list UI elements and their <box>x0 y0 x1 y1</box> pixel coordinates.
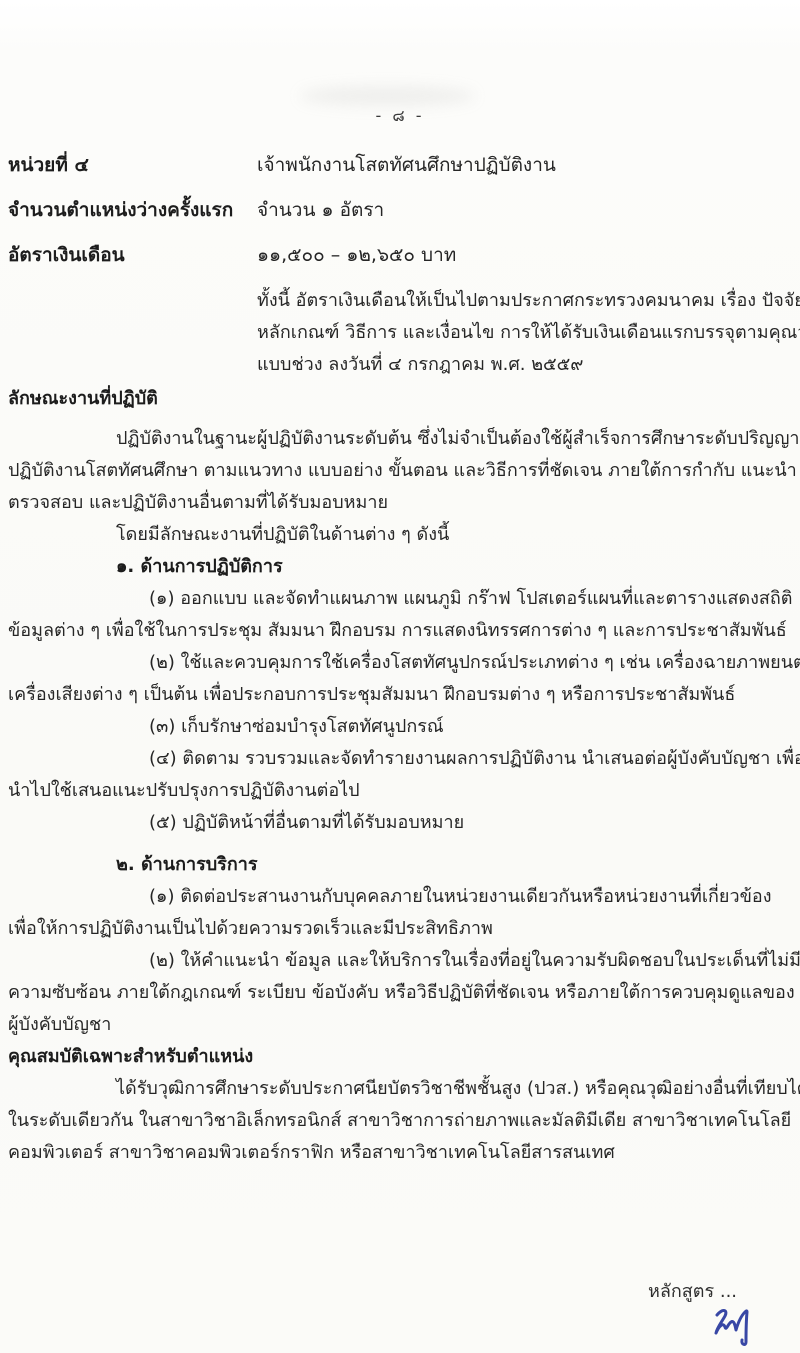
field-row-unit: หน่วยที่ ๔ เจ้าพนักงานโสตทัศนศึกษาปฏิบัต… <box>8 150 796 195</box>
list-item: (๓) เก็บรักษาซ่อมบำรุงโสตทัศนูปกรณ์ <box>8 711 798 743</box>
list-item: (๔) ติดตาม รวบรวมและจัดทำรายงานผลการปฏิบ… <box>8 743 798 775</box>
body-line: ในระดับเดียวกัน ในสาขาวิชาอิเล็กทรอนิกส์… <box>8 1105 798 1137</box>
numbered-heading: ๑. ด้านการปฏิบัติการ <box>8 551 798 583</box>
signature-stroke <box>716 1311 747 1345</box>
continuation-note: หลักสูตร ... <box>648 1279 737 1305</box>
field-value: เจ้าพนักงานโสตทัศนศึกษาปฏิบัติงาน <box>257 150 556 180</box>
body-line: คอมพิวเตอร์ สาขาวิชาคอมพิวเตอร์กราฟิก หร… <box>8 1137 798 1169</box>
body-line: ได้รับวุฒิการศึกษาระดับประกาศนียบัตรวิชา… <box>8 1073 798 1105</box>
body-line: เครื่องเสียงต่าง ๆ เป็นต้น เพื่อประกอบกา… <box>8 679 798 711</box>
body-line: ปฏิบัติงานในฐานะผู้ปฏิบัติงานระดับต้น ซึ… <box>8 423 798 455</box>
page-number: - ๘ - <box>0 104 800 129</box>
salary-note: ทั้งนี้ อัตราเงินเดือนให้เป็นไปตามประกาศ… <box>257 285 796 381</box>
body-line: ปฏิบัติงานโสตทัศนศึกษา ตามแนวทาง แบบอย่า… <box>8 455 798 487</box>
body-line: ข้อมูลต่าง ๆ เพื่อใช้ในการประชุม สัมมนา … <box>8 615 798 647</box>
body-line: นำไปใช้เสนอแนะปรับปรุงการปฏิบัติงานต่อไป <box>8 775 798 807</box>
field-row-salary: อัตราเงินเดือน ๑๑,๕๐๐ – ๑๒,๖๕๐ บาท <box>8 240 796 285</box>
field-label: จำนวนตำแหน่งว่างครั้งแรก <box>8 195 257 225</box>
body-line: โดยมีลักษณะงานที่ปฏิบัติในด้านต่าง ๆ ดัง… <box>8 519 798 551</box>
document-body: ลักษณะงานที่ปฏิบัติ ปฏิบัติงานในฐานะผู้ป… <box>8 383 798 1169</box>
body-line: เพื่อให้การปฏิบัติงานเป็นไปด้วยความรวดเร… <box>8 913 798 945</box>
field-row-vacancies: จำนวนตำแหน่งว่างครั้งแรก จำนวน ๑ อัตรา <box>8 195 796 240</box>
position-header-fields: หน่วยที่ ๔ เจ้าพนักงานโสตทัศนศึกษาปฏิบัต… <box>8 150 796 285</box>
list-item: (๕) ปฏิบัติหน้าที่อื่นตามที่ได้รับมอบหมา… <box>8 807 798 839</box>
body-line: ความซับซ้อน ภายใต้กฎเกณฑ์ ระเบียบ ข้อบัง… <box>8 977 798 1009</box>
numbered-heading: ๒. ด้านการบริการ <box>8 849 798 881</box>
salary-note-line: ทั้งนี้ อัตราเงินเดือนให้เป็นไปตามประกาศ… <box>257 285 796 317</box>
section-heading: คุณสมบัติเฉพาะสำหรับตำแหน่ง <box>8 1041 798 1073</box>
field-value: จำนวน ๑ อัตรา <box>257 195 384 225</box>
salary-note-line: แบบช่วง ลงวันที่ ๔ กรกฎาคม พ.ศ. ๒๕๕๙ <box>257 349 796 381</box>
list-item: (๒) ให้คำแนะนำ ข้อมูล และให้บริการในเรื่… <box>8 945 798 977</box>
section-heading: ลักษณะงานที่ปฏิบัติ <box>8 383 798 415</box>
scanned-document-page: - ๘ - หน่วยที่ ๔ เจ้าพนักงานโสตทัศนศึกษา… <box>0 0 800 1353</box>
salary-note-line: หลักเกณฑ์ วิธีการ และเงื่อนไข การให้ได้ร… <box>257 317 796 349</box>
field-label: อัตราเงินเดือน <box>8 240 257 270</box>
body-line: ตรวจสอบ และปฏิบัติงานอื่นตามที่ได้รับมอบ… <box>8 487 798 519</box>
field-label: หน่วยที่ ๔ <box>8 150 257 180</box>
scan-bleed-smudge <box>300 86 475 106</box>
list-item: (๑) ออกแบบ และจัดทำแผนภาพ แผนภูมิ กร๊าฟ … <box>8 583 798 615</box>
body-line: ผู้บังคับบัญชา <box>8 1009 798 1041</box>
signature-ink <box>710 1303 766 1347</box>
list-item: (๒) ใช้และควบคุมการใช้เครื่องโสตทัศนูปกร… <box>8 647 798 679</box>
list-item: (๑) ติดต่อประสานงานกับบุคคลภายในหน่วยงาน… <box>8 881 798 913</box>
field-value: ๑๑,๕๐๐ – ๑๒,๖๕๐ บาท <box>257 240 456 270</box>
